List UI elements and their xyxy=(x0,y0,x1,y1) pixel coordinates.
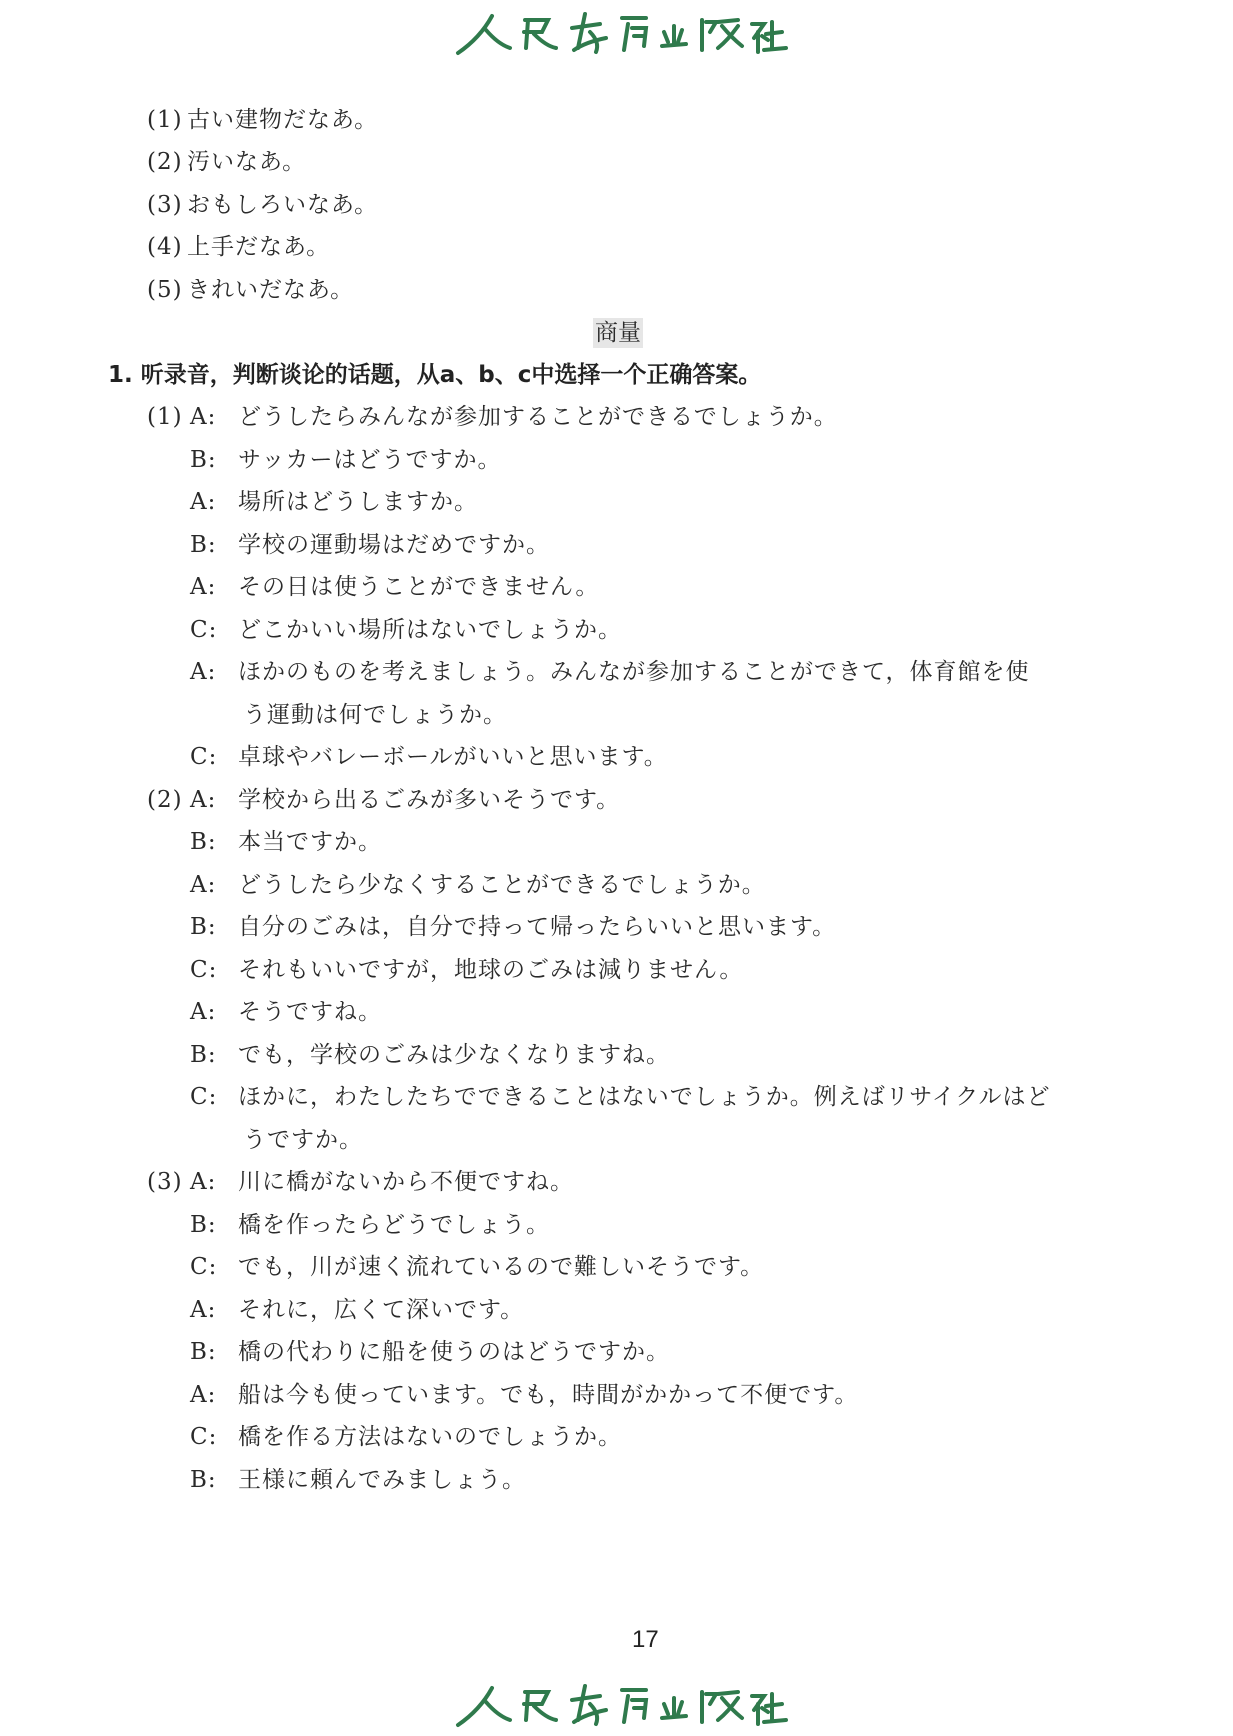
utterance: 船は今も使っています。でも，時間がかかって不便です。 xyxy=(238,1380,858,1410)
speaker: A: xyxy=(190,997,216,1027)
utterance-continuation: うですか。 xyxy=(243,1125,363,1155)
speaker: B: xyxy=(190,1040,217,1070)
item-text: 古い建物だなあ。 xyxy=(187,105,378,135)
speaker: B: xyxy=(190,912,217,942)
speaker: A: xyxy=(190,572,216,602)
utterance: それもいいですが，地球のごみは減りません。 xyxy=(238,955,743,985)
item-text: きれいだなあ。 xyxy=(187,275,354,305)
exercise-heading: 1. 听录音，判断谈论的话题，从a、b、c中选择一个正确答案。 xyxy=(108,360,761,390)
item-number: (2) xyxy=(147,147,183,177)
speaker: B: xyxy=(190,827,217,857)
speaker: A: xyxy=(190,1380,216,1410)
item-text: 上手だなあ。 xyxy=(187,232,330,262)
item-text: 汚いなあ。 xyxy=(187,147,306,177)
speaker: C: xyxy=(190,1422,217,1452)
publisher-calligraphy-icon xyxy=(450,8,790,58)
publisher-logo-footer xyxy=(450,1680,790,1730)
speaker: A: xyxy=(190,785,216,815)
utterance: でも，学校のごみは少なくなりますね。 xyxy=(238,1040,670,1070)
speaker: C: xyxy=(190,955,217,985)
item-number: (4) xyxy=(147,232,183,262)
item-number: (3) xyxy=(147,190,183,220)
utterance: その日は使うことができません。 xyxy=(238,572,599,602)
speaker: B: xyxy=(190,445,217,475)
speaker: B: xyxy=(190,1465,217,1495)
section-title: 商量 xyxy=(593,318,643,348)
speaker: B: xyxy=(190,1337,217,1367)
utterance: ほかのものを考えましょう。みんなが参加することができて，体育館を使 xyxy=(238,657,1030,687)
publisher-calligraphy-icon xyxy=(450,1680,790,1730)
speaker: A: xyxy=(190,870,216,900)
utterance: 本当ですか。 xyxy=(238,827,382,857)
utterance: そうですね。 xyxy=(238,997,382,1027)
speaker: A: xyxy=(190,487,216,517)
speaker: C: xyxy=(190,615,217,645)
item-text: おもしろいなあ。 xyxy=(187,190,378,220)
dialogue-number: (2) xyxy=(147,785,183,815)
speaker: A: xyxy=(190,657,216,687)
utterance: 学校から出るごみが多いそうです。 xyxy=(238,785,620,815)
utterance: 場所はどうしますか。 xyxy=(238,487,478,517)
utterance: 橋を作ったらどうでしょう。 xyxy=(238,1210,550,1240)
dialogue-number: (3) xyxy=(147,1167,183,1197)
item-number: (5) xyxy=(147,275,183,305)
utterance: 王様に頼んでみましょう。 xyxy=(238,1465,526,1495)
utterance: それに，広くて深いです。 xyxy=(238,1295,524,1325)
publisher-logo-header xyxy=(450,8,790,58)
utterance: 卓球やバレーボールがいいと思います。 xyxy=(238,742,668,772)
item-number: (1) xyxy=(147,105,183,135)
utterance: 川に橋がないから不便ですね。 xyxy=(238,1167,574,1197)
utterance: でも，川が速く流れているので難しいそうです。 xyxy=(238,1252,764,1282)
utterance: 橋の代わりに船を使うのはどうですか。 xyxy=(238,1337,670,1367)
utterance: ほかに，わたしたちでできることはないでしょうか。例えばリサイクルはど xyxy=(238,1082,1051,1112)
dialogue-number: (1) xyxy=(147,402,183,432)
utterance: 学校の運動場はだめですか。 xyxy=(238,530,550,560)
page-number: 17 xyxy=(632,1626,659,1654)
utterance: 橋を作る方法はないのでしょうか。 xyxy=(238,1422,622,1452)
speaker: A: xyxy=(190,1295,216,1325)
speaker: A: xyxy=(190,1167,216,1197)
utterance: 自分のごみは，自分で持って帰ったらいいと思います。 xyxy=(238,912,836,942)
utterance: どうしたら少なくすることができるでしょうか。 xyxy=(238,870,766,900)
speaker: B: xyxy=(190,530,217,560)
utterance: どこかいい場所はないでしょうか。 xyxy=(238,615,622,645)
speaker: C: xyxy=(190,1252,217,1282)
utterance: サッカーはどうですか。 xyxy=(238,445,502,475)
speaker: B: xyxy=(190,1210,217,1240)
utterance-continuation: う運動は何でしょうか。 xyxy=(243,700,507,730)
speaker: C: xyxy=(190,742,217,772)
speaker: C: xyxy=(190,1082,217,1112)
utterance: どうしたらみんなが参加することができるでしょうか。 xyxy=(238,402,838,432)
speaker: A: xyxy=(190,402,216,432)
